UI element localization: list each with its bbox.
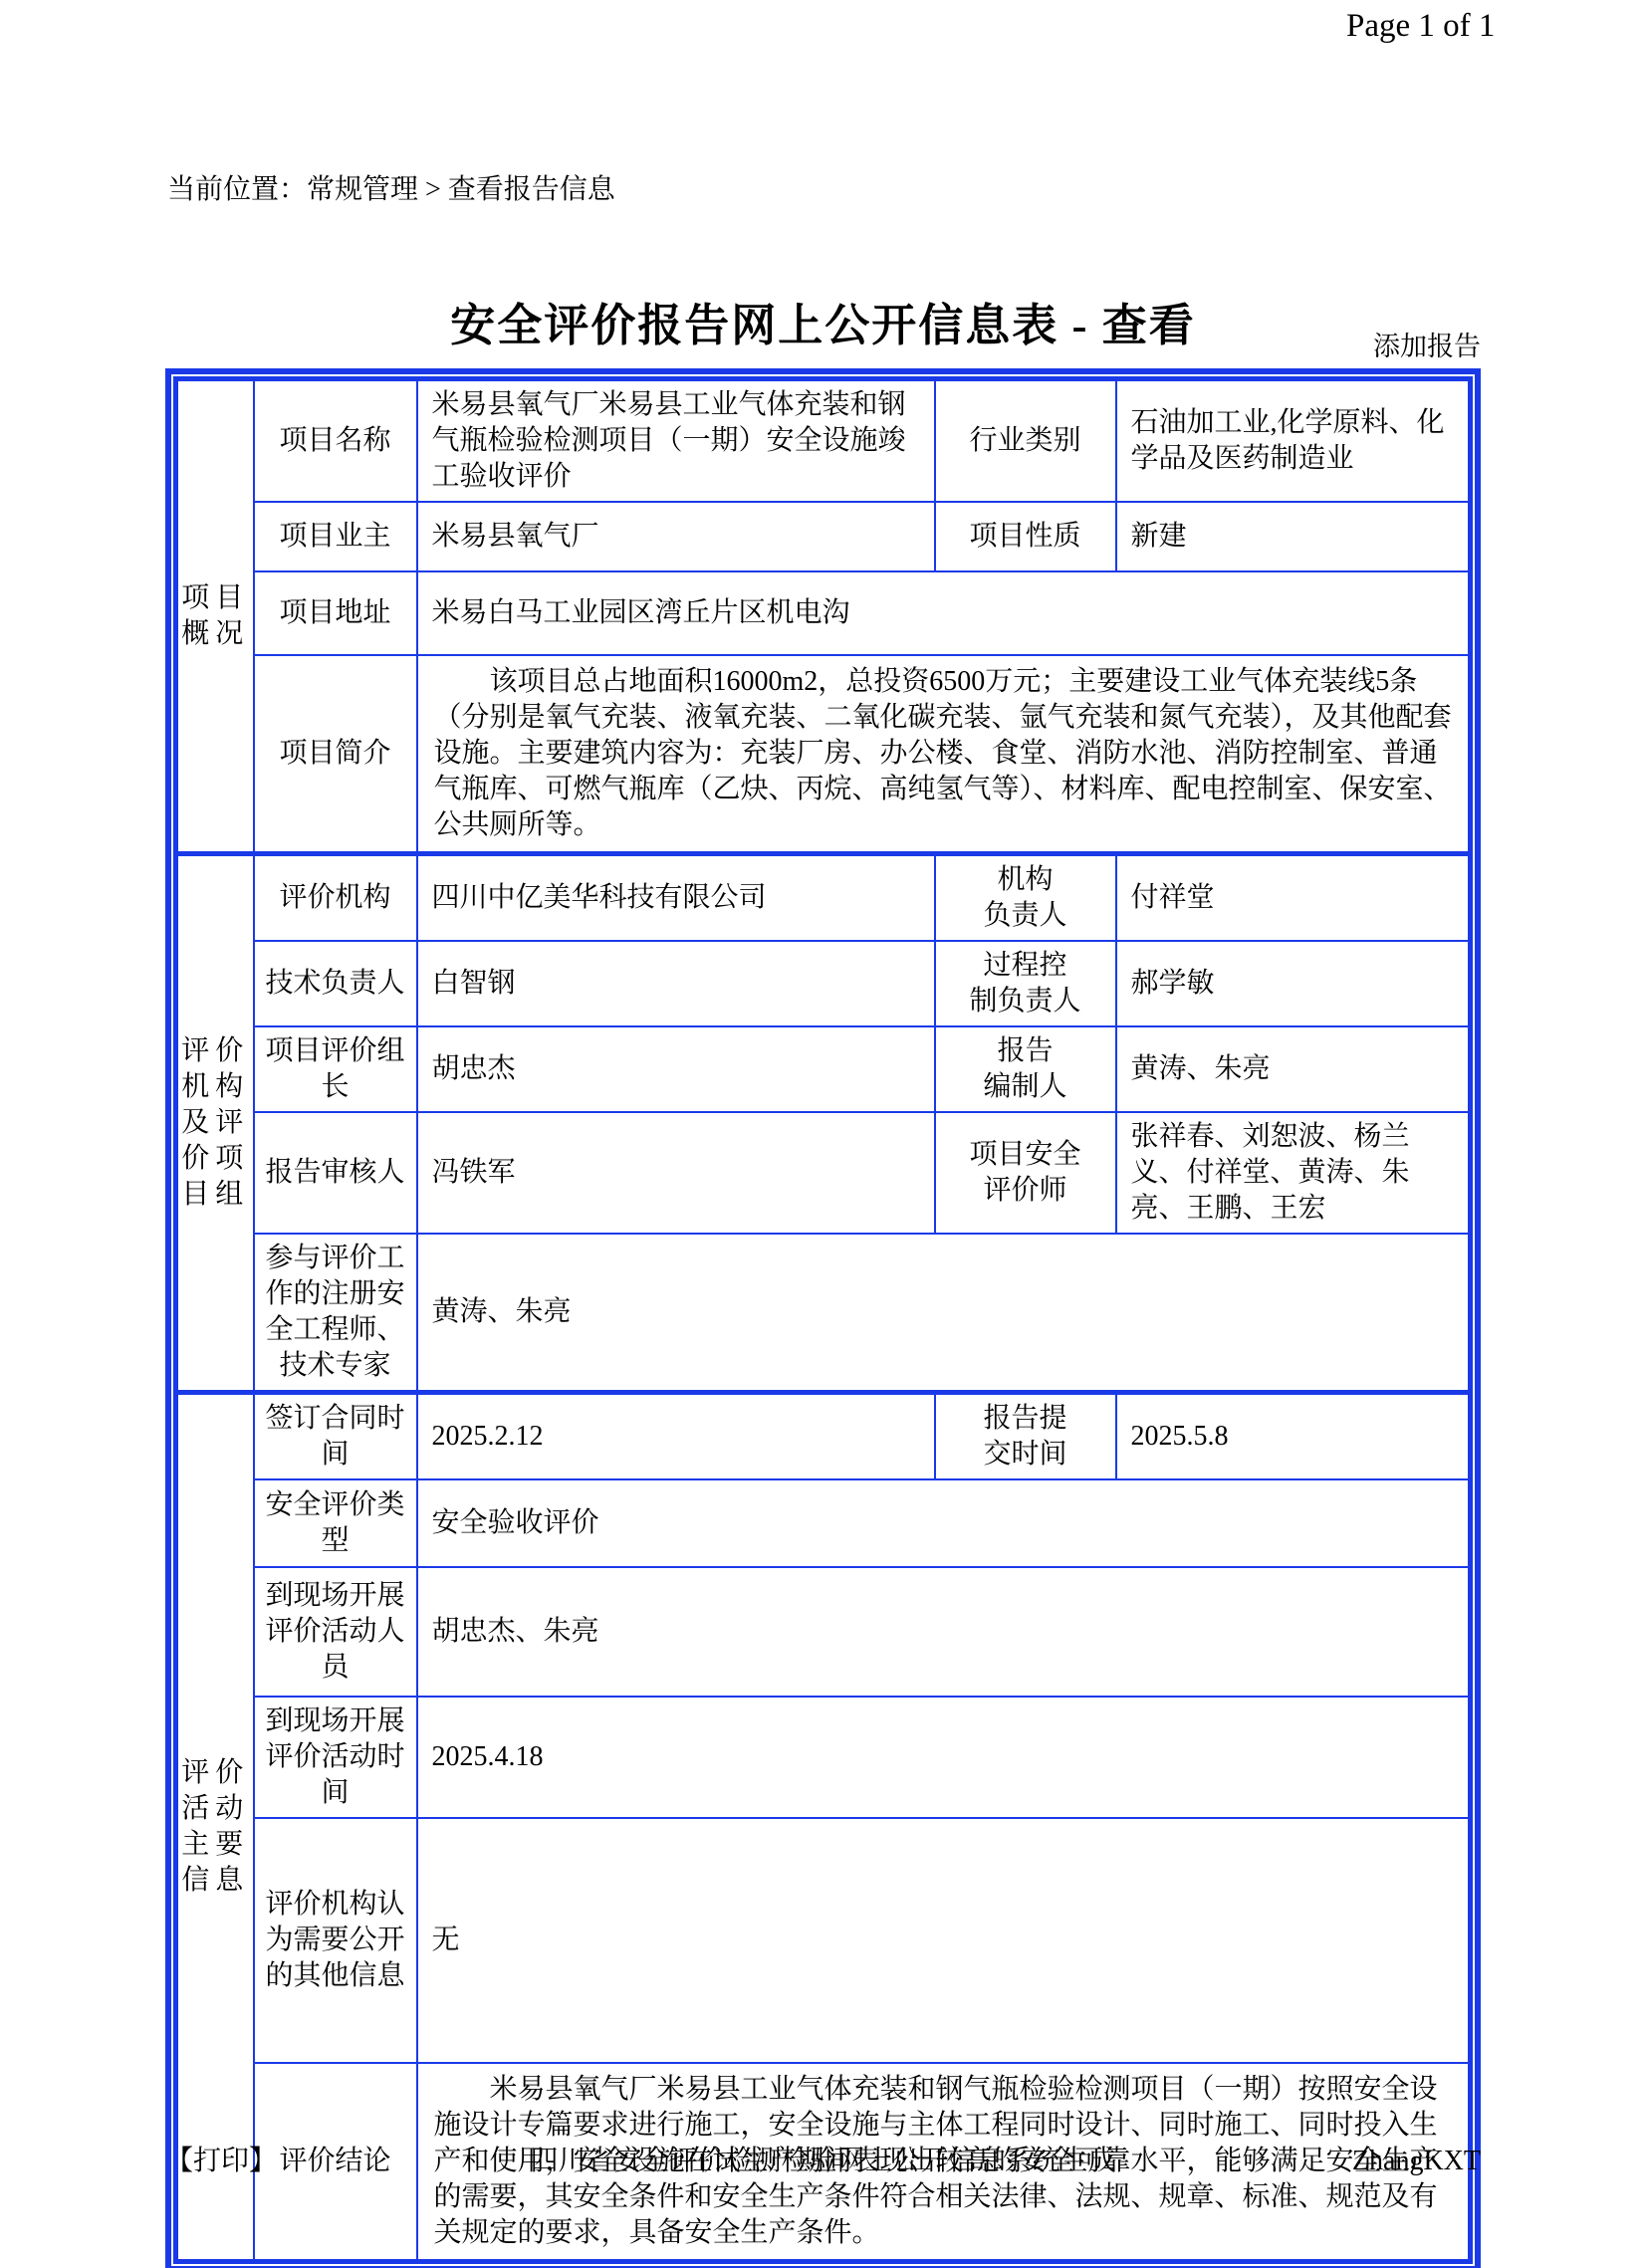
section-project-overview: 项目 概况 项目名称 米易县氧气厂米易县工业气体充装和钢气瓶检验检测项目（一期）… [176, 379, 1471, 854]
field-value: 冯铁军 [417, 1112, 935, 1234]
footer: 【打印】 四川省安全评价检测检验网上公开信息系统生成 ZhangKXT [165, 2139, 1481, 2178]
field-label: 报告审核人 [254, 1112, 417, 1234]
field-label: 评价机构认 为需要公开 的其他信息 [254, 1818, 417, 2063]
page-number: Page 1 of 1 [1346, 8, 1495, 45]
field-value: 胡忠杰、朱亮 [417, 1567, 1471, 1697]
print-link[interactable]: 【打印】 [165, 2139, 277, 2178]
field-label: 项目地址 [254, 571, 417, 655]
section-evaluation-org: 评价 机构 及评 价项 目组 评价机构 四川中亿美华科技有限公司 机构 负责人 … [176, 854, 1471, 1393]
field-label: 项目评价组 长 [254, 1026, 417, 1112]
field-label: 技术负责人 [254, 941, 417, 1026]
field-label: 到现场开展 评价活动时 间 [254, 1697, 417, 1818]
breadcrumb: 当前位置：常规管理 > 查看报告信息 [167, 167, 615, 207]
field-value: 白智钢 [417, 941, 935, 1026]
section-label: 评价 活动 主要 信息 [176, 1393, 254, 2262]
field-value: 黄涛、朱亮 [1116, 1026, 1471, 1112]
field-value: 石油加工业,化学原料、化学品及医药制造业 [1116, 379, 1471, 503]
footer-user: ZhangKXT [1352, 2146, 1481, 2177]
field-value: 2025.4.18 [417, 1697, 1471, 1818]
field-label: 参与评价工 作的注册安 全工程师、 技术专家 [254, 1234, 417, 1393]
field-value: 2025.2.12 [417, 1393, 935, 1480]
field-label: 到现场开展 评价活动人 员 [254, 1567, 417, 1697]
field-value: 四川中亿美华科技有限公司 [417, 854, 935, 942]
field-label: 评价机构 [254, 854, 417, 942]
field-label: 行业类别 [935, 379, 1116, 503]
section-label: 项目 概况 [176, 379, 254, 854]
field-value: 米易白马工业园区湾丘片区机电沟 [417, 571, 1471, 655]
footer-generator-text: 四川省安全评价检测检验网上公开信息系统生成 [530, 2139, 1115, 2178]
field-label: 项目简介 [254, 655, 417, 854]
field-label: 项目名称 [254, 379, 417, 503]
field-label: 报告 编制人 [935, 1026, 1116, 1112]
section-label: 评价 机构 及评 价项 目组 [176, 854, 254, 1393]
field-label: 安全评价类 型 [254, 1479, 417, 1567]
field-value: 安全验收评价 [417, 1479, 1471, 1567]
section-evaluation-activity: 评价 活动 主要 信息 签订合同时 间 2025.2.12 报告提 交时间 20… [176, 1393, 1471, 2262]
field-value: 付祥堂 [1116, 854, 1471, 942]
report-table: 项目 概况 项目名称 米易县氧气厂米易县工业气体充装和钢气瓶检验检测项目（一期）… [165, 368, 1481, 2268]
field-value: 米易县氧气厂米易县工业气体充装和钢气瓶检验检测项目（一期）安全设施竣工验收评价 [417, 379, 935, 503]
field-label: 机构 负责人 [935, 854, 1116, 942]
field-value: 米易县氧气厂 [417, 502, 935, 571]
field-value: 黄涛、朱亮 [417, 1234, 1471, 1393]
field-value: 郝学敏 [1116, 941, 1471, 1026]
field-value: 该项目总占地面积16000m2，总投资6500万元；主要建设工业气体充装线5条（… [417, 655, 1471, 854]
field-label: 签订合同时 间 [254, 1393, 417, 1480]
field-label: 过程控 制负责人 [935, 941, 1116, 1026]
field-label: 项目性质 [935, 502, 1116, 571]
add-report-link[interactable]: 添加报告 [165, 325, 1481, 363]
field-label: 项目安全 评价师 [935, 1112, 1116, 1234]
field-value: 2025.5.8 [1116, 1393, 1471, 1480]
field-value: 新建 [1116, 502, 1471, 571]
field-value: 胡忠杰 [417, 1026, 935, 1112]
print-preview-page: Page 1 of 1 当前位置：常规管理 > 查看报告信息 安全评价报告网上公… [0, 0, 1647, 2268]
field-label: 项目业主 [254, 502, 417, 571]
field-label: 报告提 交时间 [935, 1393, 1116, 1480]
field-value: 无 [417, 1818, 1471, 2063]
field-value: 张祥春、刘恕波、杨兰义、付祥堂、黄涛、朱亮、王鹏、王宏 [1116, 1112, 1471, 1234]
